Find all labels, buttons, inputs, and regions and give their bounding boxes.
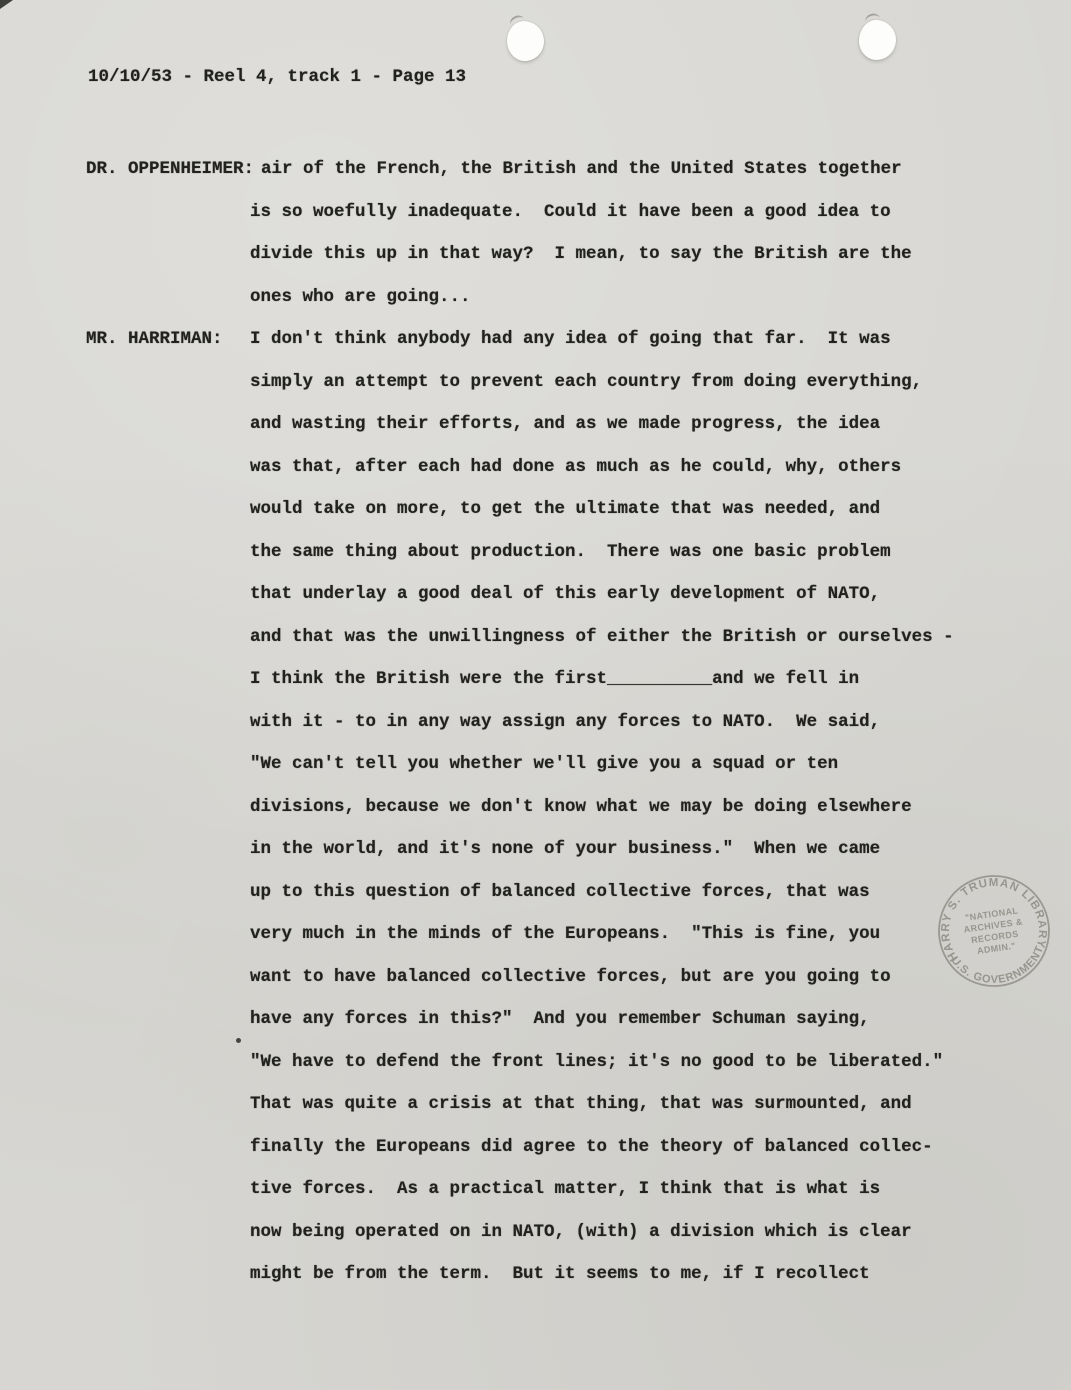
transcript-line: "We can't tell you whether we'll give yo… — [250, 743, 1036, 786]
transcript-line: with it - to in any way assign any force… — [250, 701, 1036, 744]
transcript-line: the same thing about production. There w… — [250, 531, 1036, 574]
transcript-line: "We have to defend the front lines; it's… — [250, 1041, 1036, 1084]
transcript-line: and wasting their efforts, and as we mad… — [250, 403, 1036, 446]
transcript-line: air of the French, the British and the U… — [250, 148, 1036, 191]
transcript-line: in the world, and it's none of your busi… — [250, 828, 1036, 871]
page-header: 10/10/53 - Reel 4, track 1 - Page 13 — [88, 62, 466, 92]
transcript-line: That was quite a crisis at that thing, t… — [250, 1083, 1036, 1126]
ink-speck — [236, 1038, 241, 1043]
transcript-line: I think the British were the first______… — [250, 658, 1036, 701]
transcript-line: have any forces in this?" And you rememb… — [250, 998, 1036, 1041]
speech-block-0: DR. OPPENHEIMER:air of the French, the B… — [86, 148, 1036, 318]
hole-punch-right — [858, 19, 898, 61]
hole-punch-left — [505, 19, 546, 63]
transcript-line: and that was the unwillingness of either… — [250, 616, 1036, 659]
transcript-line: I don't think anybody had any idea of go… — [250, 318, 1036, 361]
transcript-line: divisions, because we don't know what we… — [250, 786, 1036, 829]
transcript-line: might be from the term. But it seems to … — [250, 1253, 1036, 1296]
transcript-line: simply an attempt to prevent each countr… — [250, 361, 1036, 404]
transcript-line: that underlay a good deal of this early … — [250, 573, 1036, 616]
speaker-label: DR. OPPENHEIMER: — [86, 148, 254, 191]
page-corner-tear — [0, 0, 13, 9]
document-page: 10/10/53 - Reel 4, track 1 - Page 13 DR.… — [0, 0, 1071, 1390]
transcript-line: want to have balanced collective forces,… — [250, 956, 1036, 999]
transcript-line: is so woefully inadequate. Could it have… — [250, 191, 1036, 234]
transcript-line: would take on more, to get the ultimate … — [250, 488, 1036, 531]
transcript-line: was that, after each had done as much as… — [250, 446, 1036, 489]
transcript-line: divide this up in that way? I mean, to s… — [250, 233, 1036, 276]
transcript-body: DR. OPPENHEIMER:air of the French, the B… — [86, 148, 1036, 1296]
transcript-line: tive forces. As a practical matter, I th… — [250, 1168, 1036, 1211]
speaker-label: MR. HARRIMAN: — [86, 318, 223, 361]
transcript-line: ones who are going... — [250, 276, 1036, 319]
transcript-line: now being operated on in NATO, (with) a … — [250, 1211, 1036, 1254]
truman-library-stamp: HARRY S. TRUMAN LIBRARY U.S. GOVERNMENT … — [909, 846, 1071, 1015]
speech-block-1: MR. HARRIMAN:I don't think anybody had a… — [86, 318, 1036, 1296]
transcript-line: finally the Europeans did agree to the t… — [250, 1126, 1036, 1169]
